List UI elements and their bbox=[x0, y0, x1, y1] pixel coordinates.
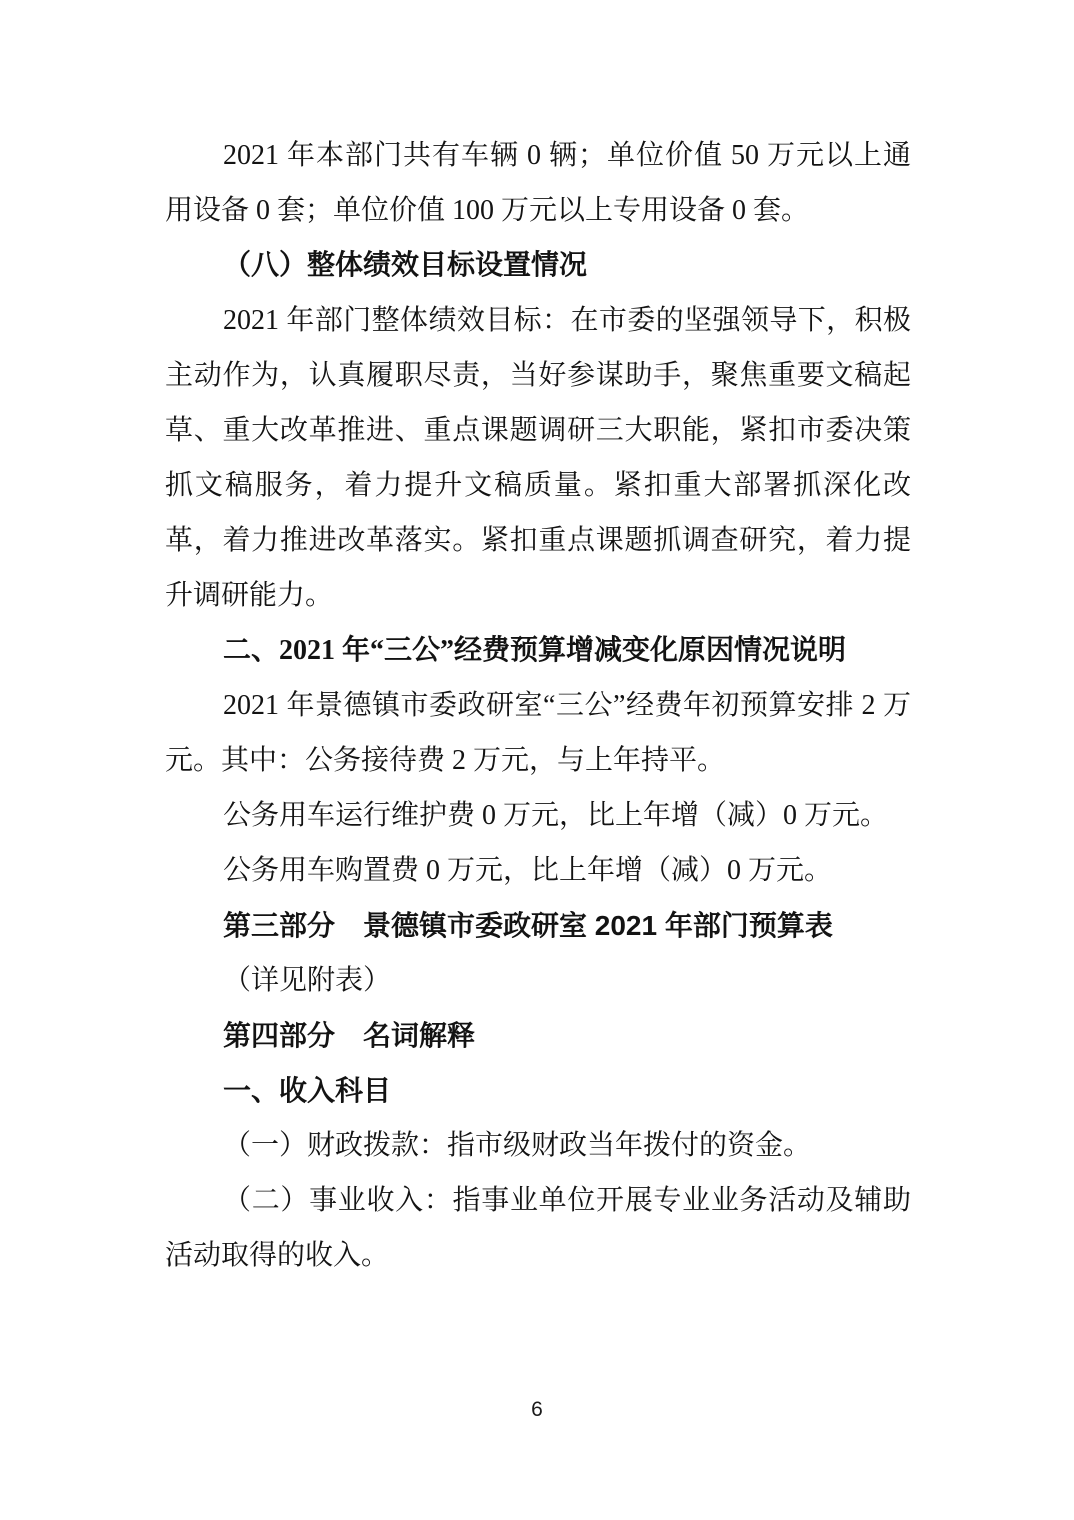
heading-overall-performance-goals: （八）整体绩效目标设置情况 bbox=[165, 238, 911, 293]
para-business-income: （二）事业收入：指事业单位开展专业业务活动及辅助活动取得的收入。 bbox=[165, 1173, 911, 1283]
para-see-attached-tables: （详见附表） bbox=[165, 953, 911, 1008]
page-number: 6 bbox=[531, 1398, 543, 1421]
document-page: 2021 年本部门共有车辆 0 辆；单位价值 50 万元以上通用设备 0 套；单… bbox=[0, 0, 1074, 1520]
para-vehicles-equipment: 2021 年本部门共有车辆 0 辆；单位价值 50 万元以上通用设备 0 套；单… bbox=[165, 128, 911, 238]
para-vehicle-purchase-cost: 公务用车购置费 0 万元，比上年增（减）0 万元。 bbox=[165, 843, 911, 898]
para-vehicle-operation-cost: 公务用车运行维护费 0 万元，比上年增（减）0 万元。 bbox=[165, 788, 911, 843]
document-content: 2021 年本部门共有车辆 0 辆；单位价值 50 万元以上通用设备 0 套；单… bbox=[165, 128, 911, 1283]
para-fiscal-appropriation: （一）财政拨款：指市级财政当年拨付的资金。 bbox=[165, 1118, 911, 1173]
heading-three-public-funds-changes: 二、2021 年“三公”经费预算增减变化原因情况说明 bbox=[165, 623, 911, 678]
heading-income-subjects: 一、收入科目 bbox=[165, 1063, 911, 1118]
para-performance-goals-detail: 2021 年部门整体绩效目标：在市委的坚强领导下，积极主动作为，认真履职尽责，当… bbox=[165, 293, 911, 623]
heading-part-four-glossary: 第四部分 名词解释 bbox=[165, 1008, 911, 1063]
heading-part-three-budget-tables: 第三部分 景德镇市委政研室 2021 年部门预算表 bbox=[165, 898, 911, 953]
para-three-public-budget: 2021 年景德镇市委政研室“三公”经费年初预算安排 2 万元。其中：公务接待费… bbox=[165, 678, 911, 788]
page-footer: 6 bbox=[0, 1398, 1074, 1422]
